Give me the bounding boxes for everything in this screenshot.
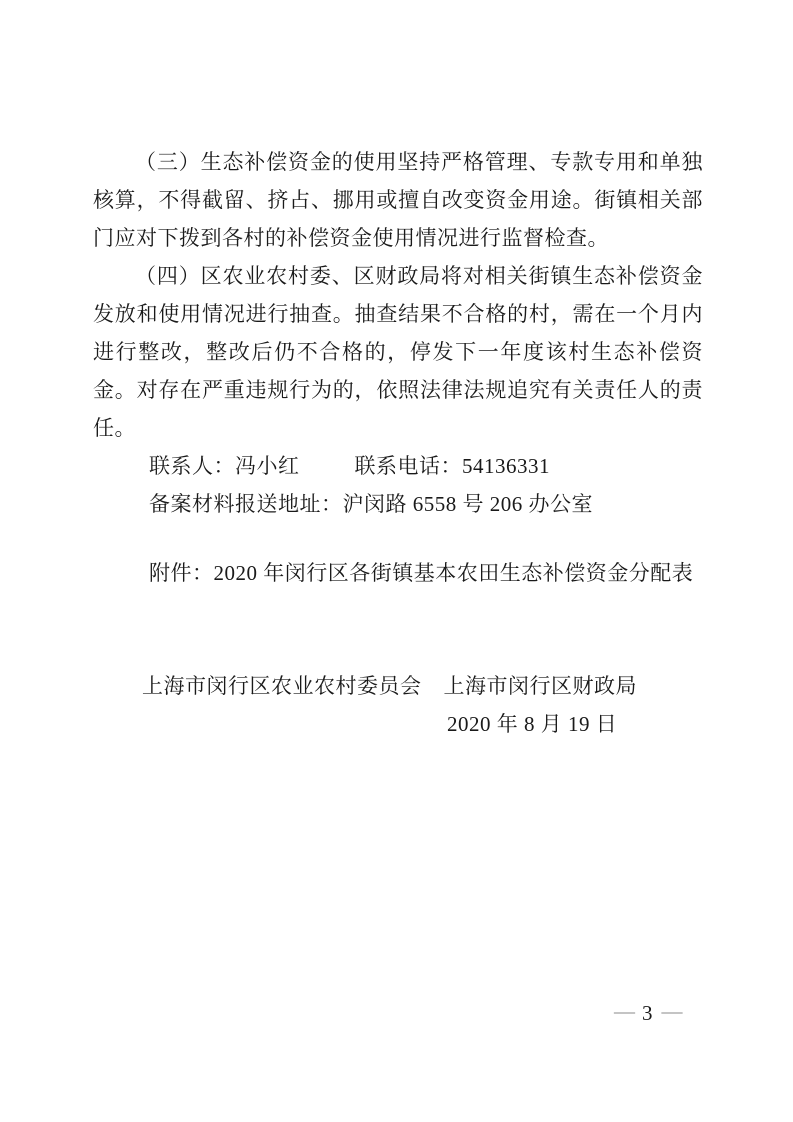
attachment-line: 附件：2020 年闵行区各街镇基本农田生态补偿资金分配表	[93, 554, 703, 592]
paragraph-item-4: （四）区农业农村委、区财政局将对相关街镇生态补偿资金发放和使用情况进行抽查。抽查…	[93, 257, 703, 447]
document-body: （三）生态补偿资金的使用坚持严格管理、专款专用和单独核算，不得截留、挤占、挪用或…	[93, 143, 703, 743]
contact-phone-number: 54136331	[462, 454, 550, 478]
attachment-label: 附件：	[149, 561, 214, 585]
signature-org-finance-bureau: 上海市闵行区财政局	[444, 674, 638, 698]
contact-person-label: 联系人：	[149, 454, 235, 478]
signature-organizations: 上海市闵行区农业农村委员会上海市闵行区财政局	[93, 667, 703, 705]
contact-line: 联系人：冯小红联系电话：54136331	[93, 447, 703, 485]
page-number-footer: —3—	[608, 1001, 687, 1025]
contact-person-name: 冯小红	[235, 454, 300, 478]
page-number-dash-right: —	[662, 999, 681, 1023]
page-number-dash-left: —	[614, 999, 633, 1023]
document-page: （三）生态补偿资金的使用坚持严格管理、专款专用和单独核算，不得截留、挤占、挪用或…	[0, 0, 793, 1122]
filing-address-value: 沪闵路 6558 号 206 办公室	[343, 492, 594, 516]
page-number: 3	[642, 1001, 653, 1025]
paragraph-item-3: （三）生态补偿资金的使用坚持严格管理、专款专用和单独核算，不得截留、挤占、挪用或…	[93, 143, 703, 257]
filing-address-line: 备案材料报送地址：沪闵路 6558 号 206 办公室	[93, 485, 703, 523]
contact-phone-label: 联系电话：	[355, 454, 463, 478]
signature-date: 2020 年 8 月 19 日	[93, 705, 703, 743]
signature-block: 上海市闵行区农业农村委员会上海市闵行区财政局 2020 年 8 月 19 日	[93, 667, 703, 743]
signature-org-agriculture-committee: 上海市闵行区农业农村委员会	[142, 674, 422, 698]
attachment-title: 2020 年闵行区各街镇基本农田生态补偿资金分配表	[214, 561, 694, 585]
filing-address-label: 备案材料报送地址：	[149, 492, 343, 516]
